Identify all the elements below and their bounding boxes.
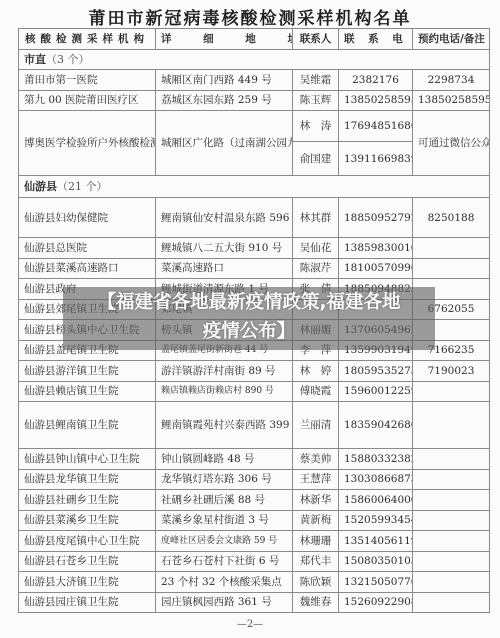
table-row: 第九 00 医院莆田医疗区 荔城区东园东路 259 号 陈玉辉 13850258… (19, 90, 490, 111)
note-cell (413, 449, 490, 470)
phone-cell: 13030866873 (339, 469, 413, 490)
section-count: （3 个） (46, 53, 90, 66)
address-cell: 鲤南镇仙安村温泉东路 596 号 (156, 198, 293, 238)
section-label: 仙游县（21 个） (19, 176, 490, 198)
section-label: 市直（3 个） (19, 50, 490, 70)
section-name: 仙游县 (24, 180, 57, 193)
org-cell: 仙游县菜溪乡卫生院 (19, 510, 156, 531)
contact-cell: 郑代丰 (293, 551, 339, 572)
phone-cell: 15880332382 (339, 449, 413, 470)
org-cell: 博奥医学检验所户外核酸检测采样点 (19, 111, 156, 176)
org-cell: 仙游县妇幼保健院 (19, 198, 156, 238)
table-row: 仙游县社硎乡卫生院 社硎乡社硎后溪 88 号 林新华 15860064006 (19, 490, 490, 511)
phone-cell: 15080350103 (339, 551, 413, 572)
org-cell: 仙游县菜溪高速路口 (19, 258, 156, 279)
note-cell: 2298734 (413, 70, 490, 91)
headline-line-1: 【福建省各地最新疫情政策,福建各地 (63, 288, 435, 317)
contact-cell: 林其群 (293, 198, 339, 238)
address-cell: 鲤城镇八二五大街 910 号 (156, 238, 293, 259)
contact-cell: 陈玉辉 (293, 90, 339, 111)
table-row: 莆田市第一医院 城厢区南门西路 449 号 吴维霜 2382176 229873… (19, 70, 490, 91)
note-cell (413, 572, 490, 593)
table-row: 仙游县度尾镇中心卫生院 度峰社区居委会文康路 59 号 林珊珊 13514056… (19, 531, 490, 552)
phone-cell: 18100570996 (339, 258, 413, 279)
table-row: 博奥医学检验所户外核酸检测采样点 城厢区广化路（过南湖公园九龙山隧道往福厦路方向… (19, 111, 490, 142)
document-title: 莆田市新冠病毒核酸检测采样机构名单 (0, 4, 500, 29)
address-cell: 菜溪乡象星村街道 3 号 (156, 510, 293, 531)
contact-cell: 吴维霜 (293, 70, 339, 91)
section-row-xianyou: 仙游县（21 个） (19, 176, 490, 198)
phone-cell: 13911669839 (339, 142, 413, 176)
address-cell: 石苍乡石苍村下社街 6 号 (156, 551, 293, 572)
section-name: 市直 (24, 53, 46, 66)
address-cell: 社硎乡社硎后溪 88 号 (156, 490, 293, 511)
address-cell: 菜溪高速路口 (156, 258, 293, 279)
contact-cell: 林 涛 (293, 111, 339, 142)
header-institution: 核酸检测采样机构 (19, 29, 156, 50)
address-cell: 荔城区东园东路 259 号 (156, 90, 293, 111)
contact-cell: 林 婷 (293, 361, 339, 382)
address-cell: 23 个村 32 个核酸采集点 (156, 572, 293, 593)
header-note: 预约电话/备注 (413, 29, 490, 50)
phone-cell: 2382176 (339, 70, 413, 91)
phone-cell: 13850258595 (339, 90, 413, 111)
note-cell (413, 510, 490, 531)
org-cell: 仙游县石苍乡卫生院 (19, 551, 156, 572)
org-cell: 仙游县社硎乡卫生院 (19, 490, 156, 511)
note-cell (413, 381, 490, 402)
note-cell (413, 592, 490, 613)
table-row: 仙游县菜溪乡卫生院 菜溪乡象星村街道 3 号 黄新梅 15205993454 (19, 510, 490, 531)
table-row: 仙游县钟山镇中心卫生院 钟山镇圆峰路 48 号 蔡美帅 15880332382 (19, 449, 490, 470)
org-cell: 仙游县钟山镇中心卫生院 (19, 449, 156, 470)
table-row: 仙游县大济镇卫生院 23 个村 32 个核酸采集点 陈欣颖 1321505077… (19, 572, 490, 593)
table-row: 仙游县菜溪高速路口 菜溪高速路口 陈淑芹 18100570996 (19, 258, 490, 279)
contact-cell: 黄新梅 (293, 510, 339, 531)
table-row: 仙游县石苍乡卫生院 石苍乡石苍村下社街 6 号 郑代丰 15080350103 (19, 551, 490, 572)
table-row: 仙游县游洋镇卫生院 游洋镇游洋村南街 89 号 林 婷 18059535273 … (19, 361, 490, 382)
table-row: 仙游县总医院 鲤城镇八二五大街 910 号 吴仙花 13859830016 (19, 238, 490, 259)
table-row: 仙游县园庄镇卫生院 园庄镇枫园西路 361 号 魏维春 15260922908 (19, 592, 490, 613)
address-cell: 游洋镇游洋村南街 89 号 (156, 361, 293, 382)
note-cell (413, 531, 490, 552)
org-cell: 仙游县游洋镇卫生院 (19, 361, 156, 382)
contact-cell: 蔡美帅 (293, 449, 339, 470)
section-count: （21 个） (57, 180, 108, 193)
address-cell: 赖店镇赖店街赖店村 890 号 (156, 381, 293, 402)
org-cell: 第九 00 医院莆田医疗区 (19, 90, 156, 111)
section-row-shizhi: 市直（3 个） (19, 50, 490, 70)
phone-cell: 17694851680 (339, 111, 413, 142)
phone-cell: 18850952792 (339, 198, 413, 238)
phone-cell: 15260922908 (339, 592, 413, 613)
contact-cell: 俞国建 (293, 142, 339, 176)
table-row: 仙游县鲤南镇卫生院 鲤南镇霞苑村兴泰西路 399 号 兰丽清 183590426… (19, 402, 490, 449)
address-cell: 龙华镇灯塔东路 306 号 (156, 469, 293, 490)
contact-cell: 魏维春 (293, 592, 339, 613)
note-cell (413, 490, 490, 511)
contact-cell: 王慧萍 (293, 469, 339, 490)
org-cell: 莆田市第一医院 (19, 70, 156, 91)
note-cell: 8250188 (413, 198, 490, 238)
org-cell: 仙游县赖店镇卫生院 (19, 381, 156, 402)
contact-cell: 陈欣颖 (293, 572, 339, 593)
contact-cell: 林新华 (293, 490, 339, 511)
address-cell: 园庄镇枫园西路 361 号 (156, 592, 293, 613)
contact-cell: 陈淑芹 (293, 258, 339, 279)
page-number: —2— (0, 619, 500, 630)
address-cell: 城厢区广化路（过南湖公园九龙山隧道往福厦路方向 200 米右侧空地） (156, 111, 293, 176)
org-cell: 仙游县总医院 (19, 238, 156, 259)
org-cell: 仙游县园庄镇卫生院 (19, 592, 156, 613)
headline-line-2: 疫情公布】 (63, 317, 435, 346)
contact-cell: 林珊珊 (293, 531, 339, 552)
phone-cell: 15860064006 (339, 490, 413, 511)
table-header-row: 核酸检测采样机构 详 细 地 址 联系人 联 系 电 话 预约电话/备注 (19, 29, 490, 50)
phone-cell: 18359042680 (339, 402, 413, 449)
header-contact: 联系人 (293, 29, 339, 50)
address-cell: 钟山镇圆峰路 48 号 (156, 449, 293, 470)
address-cell: 度峰社区居委会文康路 59 号 (156, 531, 293, 552)
contact-cell: 兰丽清 (293, 402, 339, 449)
table-row: 仙游县龙华镇卫生院 龙华镇灯塔东路 306 号 王慧萍 13030866873 (19, 469, 490, 490)
note-cell (413, 469, 490, 490)
headline-overlay-text[interactable]: 【福建省各地最新疫情政策,福建各地 疫情公布】 (63, 288, 435, 346)
note-cell: 7190023 (413, 361, 490, 382)
address-cell: 鲤南镇霞苑村兴泰西路 399 号 (156, 402, 293, 449)
contact-cell: 吴仙花 (293, 238, 339, 259)
table-row: 仙游县赖店镇卫生院 赖店镇赖店街赖店村 890 号 傅晓霞 1596001225… (19, 381, 490, 402)
org-cell: 仙游县龙华镇卫生院 (19, 469, 156, 490)
org-cell: 仙游县度尾镇中心卫生院 (19, 531, 156, 552)
phone-cell: 15205993454 (339, 510, 413, 531)
phone-cell: 15960012259 (339, 381, 413, 402)
phone-cell: 13514056119 (339, 531, 413, 552)
table-row: 仙游县妇幼保健院 鲤南镇仙安村温泉东路 596 号 林其群 1885095279… (19, 198, 490, 238)
note-cell (413, 258, 490, 279)
header-address: 详 细 地 址 (156, 29, 293, 50)
note-cell (413, 238, 490, 259)
note-cell (413, 402, 490, 449)
phone-cell: 13859830016 (339, 238, 413, 259)
org-cell: 仙游县鲤南镇卫生院 (19, 402, 156, 449)
org-cell: 仙游县大济镇卫生院 (19, 572, 156, 593)
contact-cell: 傅晓霞 (293, 381, 339, 402)
address-cell: 城厢区南门西路 449 号 (156, 70, 293, 91)
note-cell: 可通过微信公众号预登记 (413, 111, 490, 176)
phone-cell: 13215050776 (339, 572, 413, 593)
note-cell: 13850258595 (413, 90, 490, 111)
header-phone: 联 系 电 话 (339, 29, 413, 50)
phone-cell: 18059535273 (339, 361, 413, 382)
note-cell (413, 551, 490, 572)
